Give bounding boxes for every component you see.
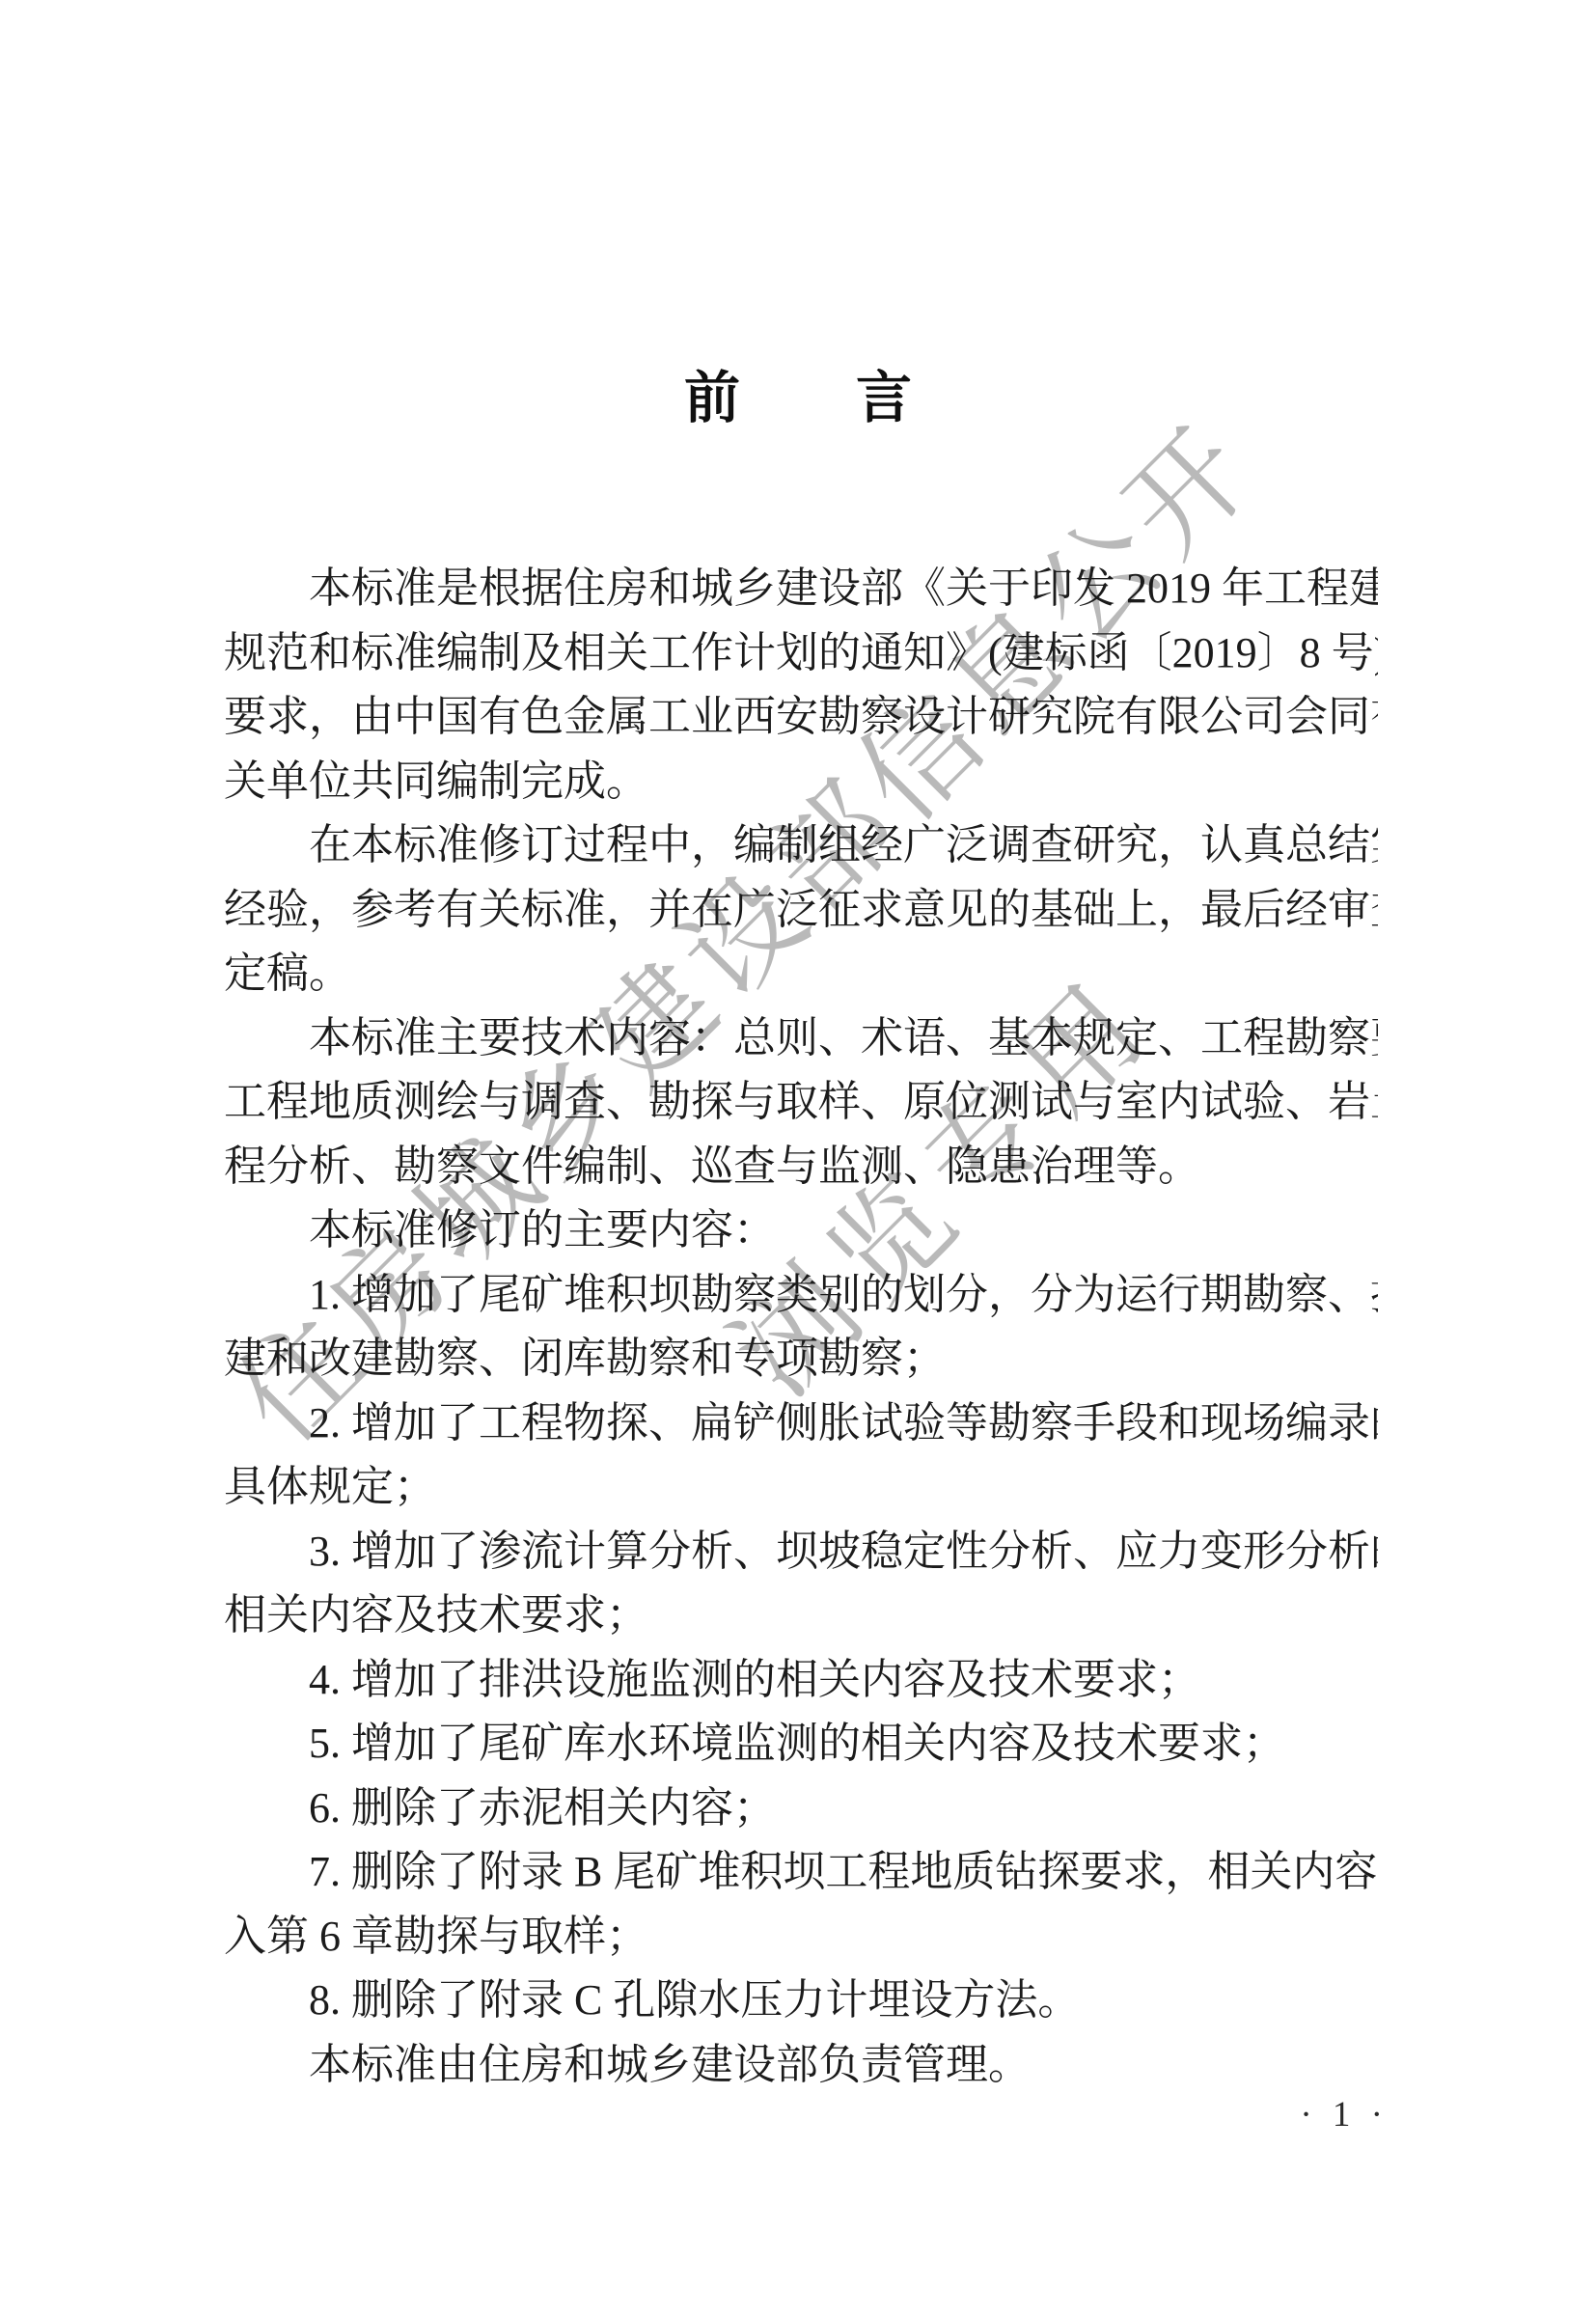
body-line: 本标准修订的主要内容： xyxy=(224,1198,1378,1263)
body-line: 定稿。 xyxy=(224,942,1378,1006)
body-line: 在本标准修订过程中，编制组经广泛调查研究，认真总结实践 xyxy=(224,813,1378,878)
body-line: 本标准是根据住房和城乡建设部《关于印发 2019 年工程建设 xyxy=(224,557,1378,621)
document-page: 住房城乡建设部信息公开 浏览专用 前 言 本标准是根据住房和城乡建设部《关于印发… xyxy=(0,0,1596,2314)
body-line: 程分析、勘察文件编制、巡查与监测、隐患治理等。 xyxy=(224,1135,1378,1199)
body-line: 本标准由住房和城乡建设部负责管理。 xyxy=(224,2033,1378,2098)
body-line: 相关内容及技术要求； xyxy=(224,1584,1378,1648)
body-line: 本标准主要技术内容：总则、术语、基本规定、工程勘察要求、 xyxy=(224,1006,1378,1071)
body-line: 3. 增加了渗流计算分析、坝坡稳定性分析、应力变形分析的 xyxy=(224,1520,1378,1584)
body-line: 建和改建勘察、闭库勘察和专项勘察； xyxy=(224,1327,1378,1391)
page-title-char-2: 言 xyxy=(856,370,912,427)
body-line: 1. 增加了尾矿堆积坝勘察类别的划分，分为运行期勘察、扩 xyxy=(224,1263,1378,1328)
body-line: 规范和标准编制及相关工作计划的通知》(建标函〔2019〕8 号)的 xyxy=(224,621,1378,686)
page-title-char-1: 前 xyxy=(684,370,740,427)
body-line: 要求，由中国有色金属工业西安勘察设计研究院有限公司会同有 xyxy=(224,685,1378,750)
body-line: 具体规定； xyxy=(224,1455,1378,1520)
body-line: 工程地质测绘与调查、勘探与取样、原位测试与室内试验、岩土工 xyxy=(224,1070,1378,1135)
body-line: 5. 增加了尾矿库水环境监测的相关内容及技术要求； xyxy=(224,1712,1378,1777)
body-line: 入第 6 章勘探与取样； xyxy=(224,1905,1378,1970)
page-number: · 1 · xyxy=(1300,2096,1389,2135)
body-line: 4. 增加了排洪设施监测的相关内容及技术要求； xyxy=(224,1648,1378,1713)
body-line: 关单位共同编制完成。 xyxy=(224,750,1378,814)
body-line: 经验，参考有关标准，并在广泛征求意见的基础上，最后经审查 xyxy=(224,878,1378,943)
body-line: 2. 增加了工程物探、扁铲侧胀试验等勘察手段和现场编录的 xyxy=(224,1391,1378,1456)
page-title: 前 言 xyxy=(0,370,1596,427)
body-line: 6. 删除了赤泥相关内容； xyxy=(224,1777,1378,1841)
body-text: 本标准是根据住房和城乡建设部《关于印发 2019 年工程建设规范和标准编制及相关… xyxy=(224,557,1378,2097)
body-line: 7. 删除了附录 B 尾矿堆积坝工程地质钻探要求，相关内容并 xyxy=(224,1840,1378,1905)
body-line: 8. 删除了附录 C 孔隙水压力计埋设方法。 xyxy=(224,1969,1378,2033)
